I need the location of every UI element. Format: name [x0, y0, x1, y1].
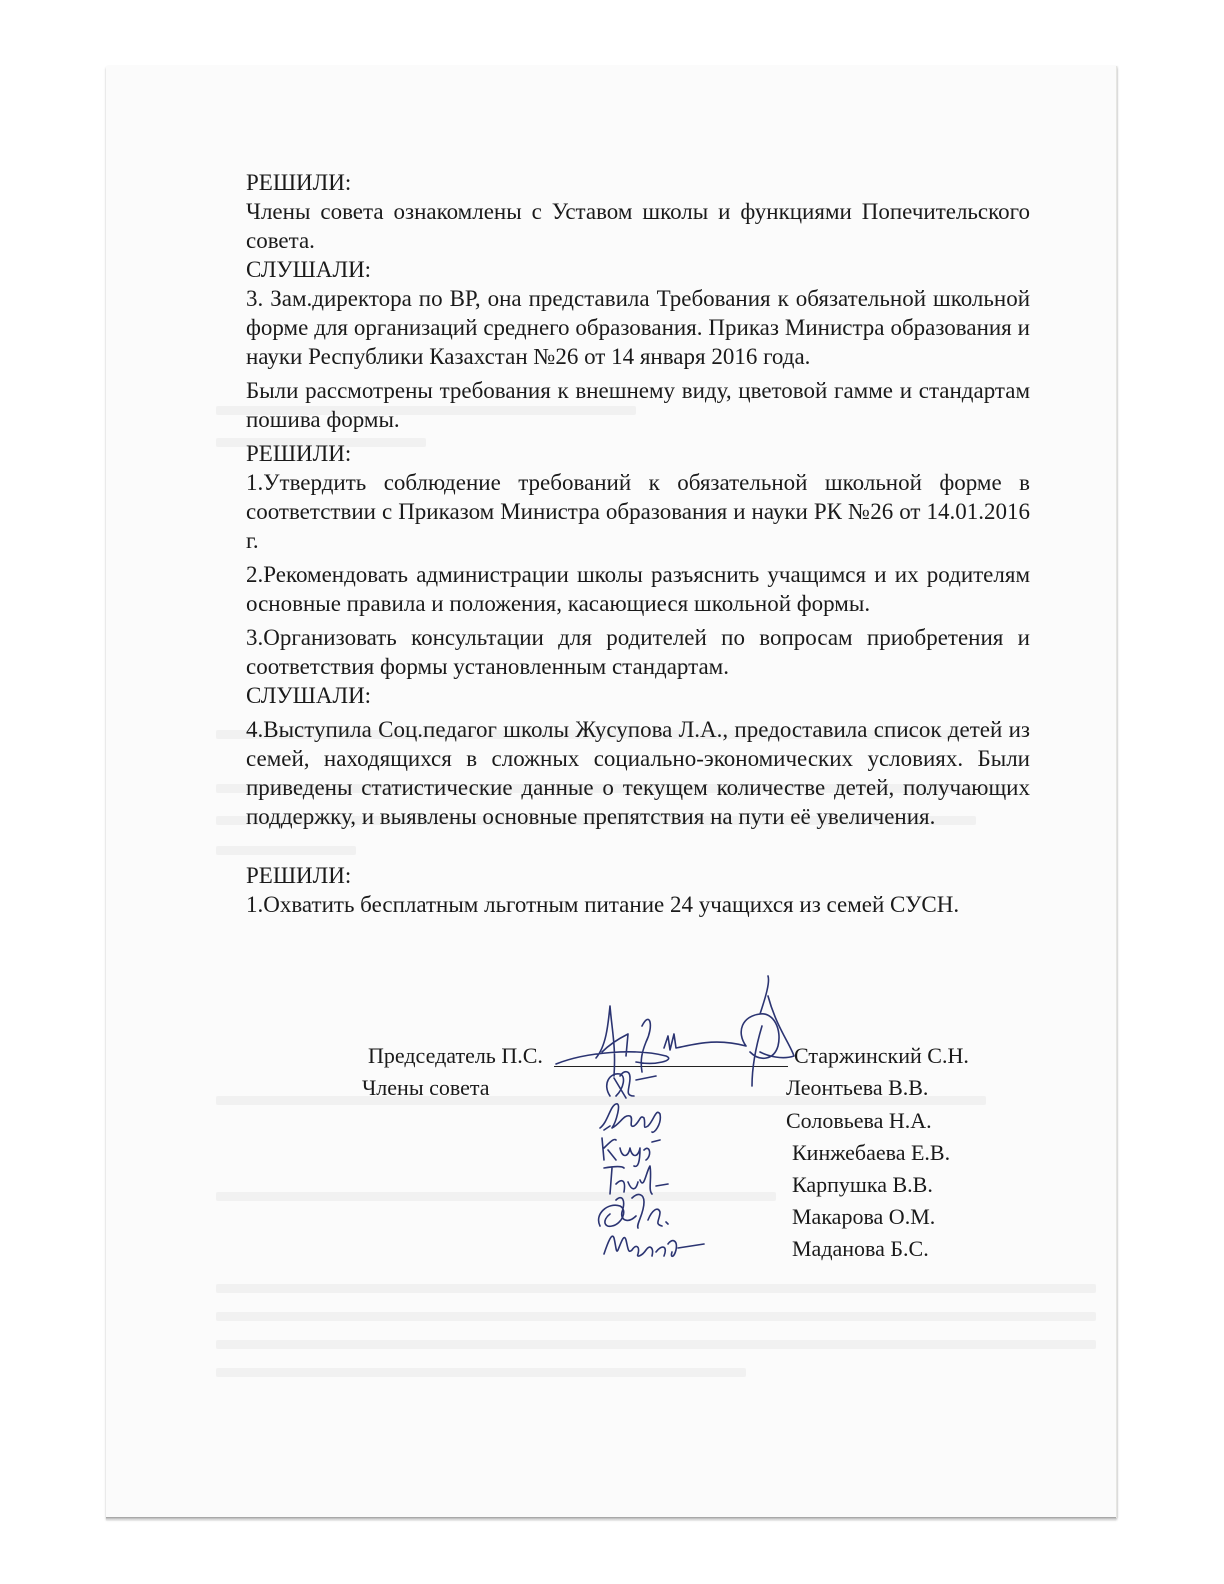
- decision-item-1: 1.Утвердить соблюдение требований к обяз…: [246, 468, 1030, 555]
- section-heading-heard: СЛУШАЛИ:: [246, 255, 1030, 284]
- paragraph-uniform-standards: Были рассмотрены требования к внешнему в…: [246, 376, 1030, 434]
- member-name: Леонтьева В.В.: [786, 1075, 928, 1101]
- paragraph-uniform-requirements: 3. Зам.директора по ВР, она представила …: [246, 284, 1030, 371]
- paragraph-charter-review: Члены совета ознакомлены с Уставом школы…: [246, 197, 1030, 255]
- member-name: Кинжебаева Е.В.: [792, 1140, 950, 1166]
- bleed-through-line: [216, 1192, 776, 1201]
- document-page: РЕШИЛИ: Члены совета ознакомлены с Устав…: [106, 66, 1117, 1518]
- section-heading-decided: РЕШИЛИ:: [246, 861, 1030, 890]
- chairman-signature-icon: [546, 986, 796, 1086]
- decision-free-meals: 1.Охватить бесплатным льготным питание 2…: [246, 890, 1030, 919]
- section-heading-decided: РЕШИЛИ:: [246, 168, 1030, 197]
- bleed-through-line: [216, 1312, 1096, 1321]
- member-name: Соловьева Н.А.: [786, 1108, 932, 1134]
- decision-item-2: 2.Рекомендовать администрации школы разъ…: [246, 560, 1030, 618]
- member-name: Маданова Б.С.: [792, 1236, 929, 1262]
- member-name: Карпушка В.В.: [792, 1172, 933, 1198]
- member-signature-icon: [598, 1224, 708, 1264]
- decision-item-3: 3.Организовать консультации для родителе…: [246, 623, 1030, 681]
- section-heading-heard: СЛУШАЛИ:: [246, 681, 1030, 710]
- paragraph-social-pedagogue-report: 4.Выступила Соц.педагог школы Жусупова Л…: [246, 715, 1030, 831]
- member-name: Макарова О.М.: [792, 1204, 935, 1230]
- member-signature-icon: [594, 1128, 684, 1168]
- signature-line: [554, 1066, 788, 1067]
- protocol-body: РЕШИЛИ: Члены совета ознакомлены с Устав…: [246, 168, 1030, 919]
- members-label: Члены совета: [362, 1075, 490, 1101]
- bleed-through-line: [216, 1340, 1096, 1349]
- bleed-through-line: [216, 1368, 746, 1377]
- section-heading-decided: РЕШИЛИ:: [246, 439, 1030, 468]
- bleed-through-line: [216, 1284, 1096, 1293]
- chairman-label: Председатель П.С.: [368, 1043, 543, 1069]
- chairman-name: Старжинский С.Н.: [794, 1043, 969, 1069]
